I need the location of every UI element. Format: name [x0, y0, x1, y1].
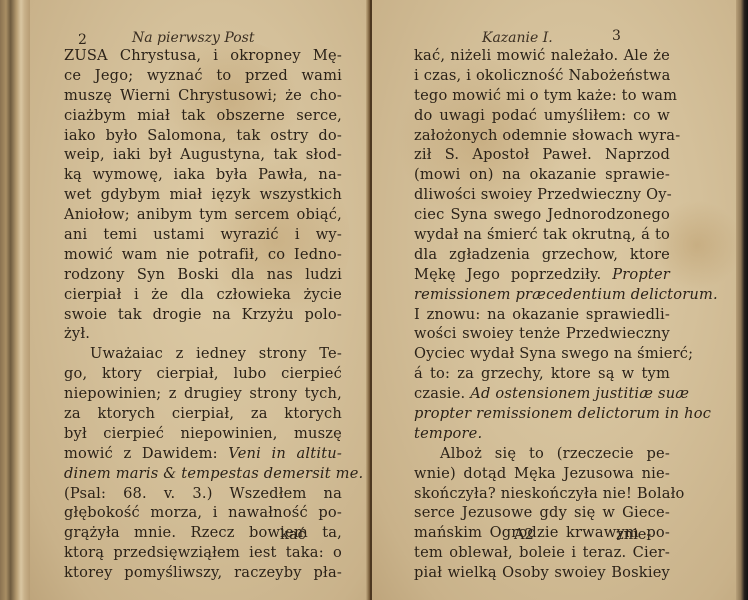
text-line: á to: za grzechy, ktore są w tym — [414, 364, 670, 384]
book-fore-edge-left — [0, 0, 30, 600]
book-fore-edge-right — [736, 0, 748, 600]
text-line: dinem maris & tempestas demersit me. — [64, 464, 342, 484]
text-line: serce Jezusowe gdy się w Giece- — [414, 503, 670, 523]
left-page-body: ZUSA Chrystusa, i okropney Mę-ce Jego; w… — [64, 46, 342, 583]
text-line: weip, iaki był Augustyna, tak słod- — [64, 145, 342, 165]
text-line: remissionem præcedentium delictorum. — [414, 285, 670, 305]
text-line: ził S. Apostoł Paweł. Naprzod — [414, 145, 670, 165]
text-line: piał wielką Osoby swoiey Boskiey — [414, 563, 670, 583]
text-line: Aniołow; anibym tym sercem obiąć, — [64, 205, 342, 225]
text-line: głębokość morza, i nawałność po- — [64, 503, 342, 523]
page-number: 3 — [612, 28, 621, 44]
text-line: ciażbym miał tak obszerne serce, — [64, 106, 342, 126]
left-page: 2 Na pierwszy Post ZUSA Chrystusa, i okr… — [30, 0, 370, 600]
text-line: dla zgładzenia grzechow, ktore — [414, 245, 670, 265]
text-line: Mękę Jego poprzedziły. Propter — [414, 265, 670, 285]
text-line: ce Jego; wyznać to przed wami — [64, 66, 342, 86]
text-line: za ktorych cierpiał, za ktorych — [64, 404, 342, 424]
catchword: znie- — [616, 526, 651, 543]
text-line: go, ktory cierpiał, lubo cierpieć — [64, 364, 342, 384]
text-line: wet gdybym miał ięzyk wszystkich — [64, 185, 342, 205]
text-line: niepowinien; z drugiey strony tych, — [64, 384, 342, 404]
text-line: ani temi ustami wyrazić i wy- — [64, 225, 342, 245]
text-line: skończyła? nieskończyła nie! Bolało — [414, 484, 670, 504]
right-page: Kazanie I. 3 kać, niżeli mowić należało.… — [372, 0, 736, 600]
text-line: tem oblewał, boleie i teraz. Cier- — [414, 543, 670, 563]
text-line: Alboż się to (rzeczecie pe- — [414, 444, 670, 464]
text-line: tempore. — [414, 424, 670, 444]
text-line: mowić z Dawidem: Veni in altitu- — [64, 444, 342, 464]
text-line: swoie tak drogie na Krzyżu polo- — [64, 305, 342, 325]
text-line: ktorey pomyśliwszy, raczeyby pła- — [64, 563, 342, 583]
text-line: iako było Salomona, tak ostry do- — [64, 126, 342, 146]
text-line: propter remissionem delictorum in hoc — [414, 404, 670, 424]
text-line: I znowu: na okazanie sprawiedli- — [414, 305, 670, 325]
right-page-body: kać, niżeli mowić należało. Ale żei czas… — [414, 46, 670, 583]
text-line: mowić wam nie potrafił, co Iedno- — [64, 245, 342, 265]
text-line: ktorą przedsięwziąłem iest taka: o — [64, 543, 342, 563]
running-header: Na pierwszy Post — [132, 30, 254, 46]
catchword: kać — [280, 526, 306, 543]
text-line: Oyciec wydał Syna swego na śmierć; — [414, 344, 670, 364]
text-line: ką wymowę, iaka była Pawła, na- — [64, 165, 342, 185]
signature-mark: A2 — [514, 526, 534, 543]
text-line: tego mowić mi o tym każe: to wam — [414, 86, 670, 106]
text-line: czasie. Ad ostensionem justitiæ suæ — [414, 384, 670, 404]
text-line: cierpiał i że dla człowieka życie — [64, 285, 342, 305]
text-line: założonych odemnie słowach wyra- — [414, 126, 670, 146]
text-line: ciec Syna swego Jednorodzonego — [414, 205, 670, 225]
text-line: muszę Wierni Chrystusowi; że cho- — [64, 86, 342, 106]
book-spread: 2 Na pierwszy Post ZUSA Chrystusa, i okr… — [0, 0, 748, 600]
text-line: i czas, i okoliczność Nabożeństwa — [414, 66, 670, 86]
running-header: Kazanie I. — [482, 30, 553, 46]
text-line: dliwości swoiey Przedwieczny Oy- — [414, 185, 670, 205]
text-line: (Psal: 68. v. 3.) Wszedłem na — [64, 484, 342, 504]
text-line: kać, niżeli mowić należało. Ale że — [414, 46, 670, 66]
text-line: ZUSA Chrystusa, i okropney Mę- — [64, 46, 342, 66]
text-line: rodzony Syn Boski dla nas ludzi — [64, 265, 342, 285]
text-line: Uważaiac z iedney strony Te- — [64, 344, 342, 364]
text-line: był cierpieć niepowinien, muszę — [64, 424, 342, 444]
text-line: (mowi on) na okazanie sprawie- — [414, 165, 670, 185]
text-line: wości swoiey tenże Przedwieczny — [414, 324, 670, 344]
text-line: wnie) dotąd Męka Jezusowa nie- — [414, 464, 670, 484]
text-line: do uwagi podać umyśliłem: co w — [414, 106, 670, 126]
text-line: wydał na śmierć tak okrutną, á to — [414, 225, 670, 245]
text-line: żył. — [64, 324, 342, 344]
